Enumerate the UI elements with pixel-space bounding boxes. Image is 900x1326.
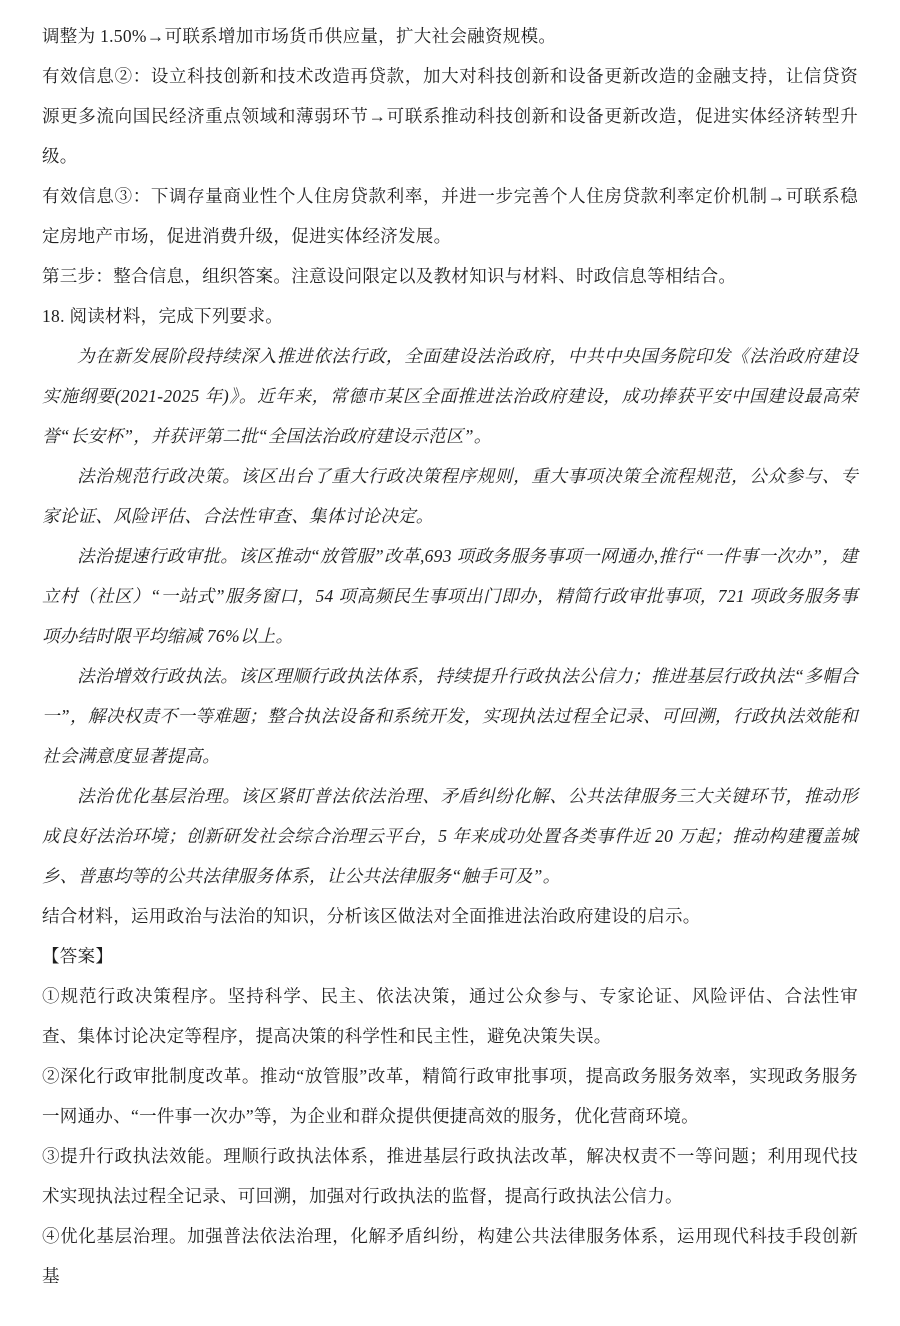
answer-point-1: ①规范行政决策程序。坚持科学、民主、依法决策，通过公众参与、专家论证、风险评估、… <box>42 976 858 1056</box>
document-body: 调整为 1.50%→可联系增加市场货币供应量，扩大社会融资规模。 有效信息②：设… <box>42 16 858 1296</box>
question-prompt: 结合材料，运用政治与法治的知识，分析该区做法对全面推进法治政府建设的启示。 <box>42 896 858 936</box>
material-paragraph-decision: 法治规范行政决策。该区出台了重大行政决策程序规则，重大事项决策全流程规范，公众参… <box>42 456 858 536</box>
material-paragraph-enforcement: 法治增效行政执法。该区理顺行政执法体系，持续提升行政执法公信力；推进基层行政执法… <box>42 656 858 776</box>
document-page: 调整为 1.50%→可联系增加市场货币供应量，扩大社会融资规模。 有效信息②：设… <box>0 0 900 1326</box>
valid-info-3: 有效信息③：下调存量商业性个人住房贷款利率，并进一步完善个人住房贷款利率定价机制… <box>42 176 858 256</box>
step-3-note: 第三步：整合信息，组织答案。注意设问限定以及教材知识与材料、时政信息等相结合。 <box>42 256 858 296</box>
answer-label: 【答案】 <box>42 936 858 976</box>
material-paragraph-grassroots: 法治优化基层治理。该区紧盯普法依法治理、矛盾纠纷化解、公共法律服务三大关键环节，… <box>42 776 858 896</box>
analysis-step-conclusion: 调整为 1.50%→可联系增加市场货币供应量，扩大社会融资规模。 <box>42 16 858 56</box>
question-18-header: 18. 阅读材料，完成下列要求。 <box>42 296 858 336</box>
answer-point-2: ②深化行政审批制度改革。推动“放管服”改革，精简行政审批事项，提高政务服务效率，… <box>42 1056 858 1136</box>
valid-info-2: 有效信息②：设立科技创新和技术改造再贷款，加大对科技创新和设备更新改造的金融支持… <box>42 56 858 176</box>
answer-point-4-truncated: ④优化基层治理。加强普法依法治理，化解矛盾纠纷，构建公共法律服务体系，运用现代科… <box>42 1216 858 1296</box>
material-intro-paragraph: 为在新发展阶段持续深入推进依法行政，全面建设法治政府，中共中央国务院印发《法治政… <box>42 336 858 456</box>
answer-point-3: ③提升行政执法效能。理顺行政执法体系，推进基层行政执法改革，解决权责不一等问题；… <box>42 1136 858 1216</box>
material-paragraph-approval: 法治提速行政审批。该区推动“放管服”改革,693 项政务服务事项一网通办,推行“… <box>42 536 858 656</box>
